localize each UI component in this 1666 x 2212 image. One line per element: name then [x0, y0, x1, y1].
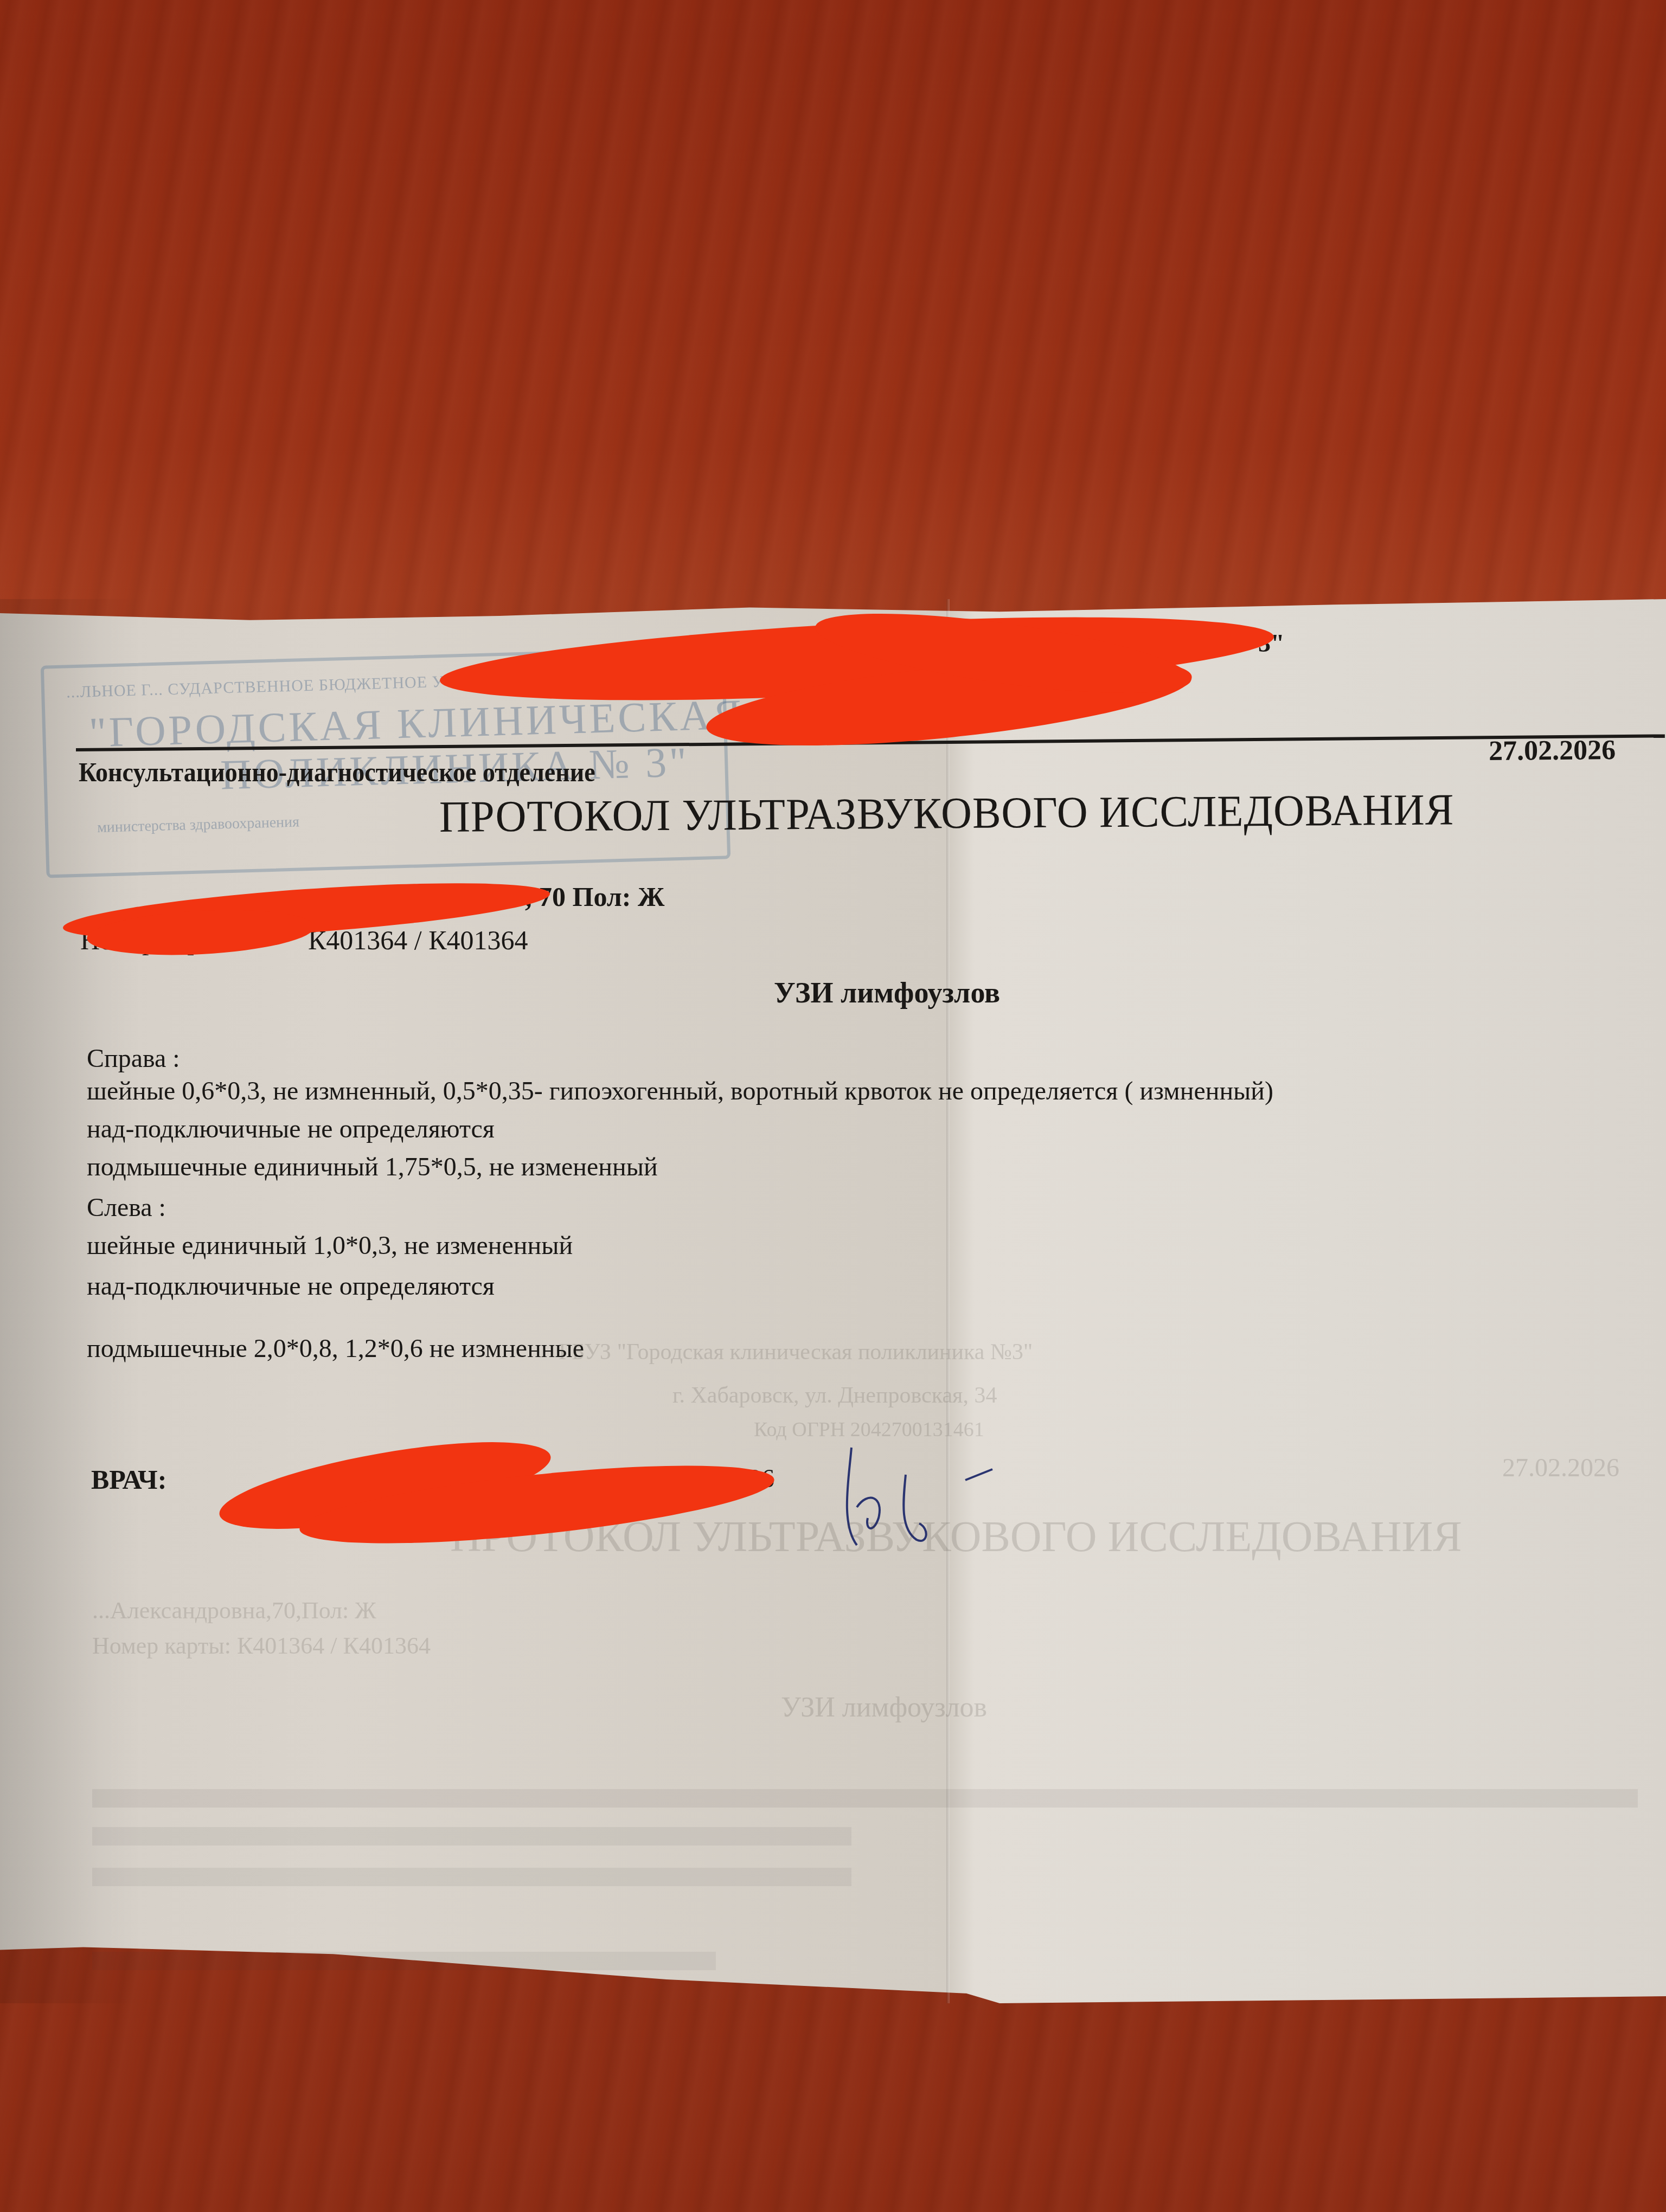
document-date: 27.02.2026 — [1489, 734, 1616, 767]
ghost-date: 27.02.2026 — [1502, 1453, 1619, 1483]
exam-name: УЗИ лимфоузлов — [774, 976, 1000, 1009]
right-side-heading: Справа : — [87, 1044, 180, 1073]
ghost-institution: ГБУЗ "Городская клиническая поликлиника … — [559, 1339, 1033, 1365]
finding-right-supraclavicular: над-подключичные не определяются — [87, 1114, 495, 1144]
ghost-exam: УЗИ лимфоузлов — [781, 1692, 987, 1724]
document-title: ПРОТОКОЛ УЛЬТРАЗВУКОВОГО ИССЛЕДОВАНИЯ — [439, 784, 1454, 843]
ghost-text-line — [92, 1868, 851, 1886]
ghost-address: г. Хабаровск, ул. Днепровская, 34 — [672, 1382, 997, 1409]
doctor-label: ВРАЧ: — [91, 1464, 166, 1495]
finding-left-supraclavicular: над-подключичные не определяются — [87, 1271, 495, 1301]
finding-left-axillary: подмышечные 2,0*0,8, 1,2*0,6 не измненны… — [87, 1334, 584, 1364]
department-name: Консультационно-диагностическое отделени… — [79, 756, 595, 788]
finding-right-axillary: подмышечные единичный 1,75*0,5, не измен… — [87, 1152, 658, 1182]
ghost-patient: ...Александровна,70,Пол: Ж — [92, 1597, 376, 1624]
finding-left-cervical: шейные единичный 1,0*0,3, не измененный — [87, 1231, 573, 1261]
left-side-heading: Слева : — [87, 1193, 166, 1223]
ghost-code: Код ОГРН 2042700131461 — [754, 1418, 984, 1442]
ghost-text-line — [92, 1789, 1638, 1808]
ghost-card: Номер карты: К401364 / К401364 — [92, 1632, 431, 1660]
stamp-line-4: министерства здравоохранения — [97, 813, 300, 836]
ghost-text-line — [92, 1952, 716, 1970]
finding-right-cervical: шейные 0,6*0,3, не измненный, 0,5*0,35- … — [87, 1076, 1273, 1106]
ghost-text-line — [92, 1827, 851, 1846]
